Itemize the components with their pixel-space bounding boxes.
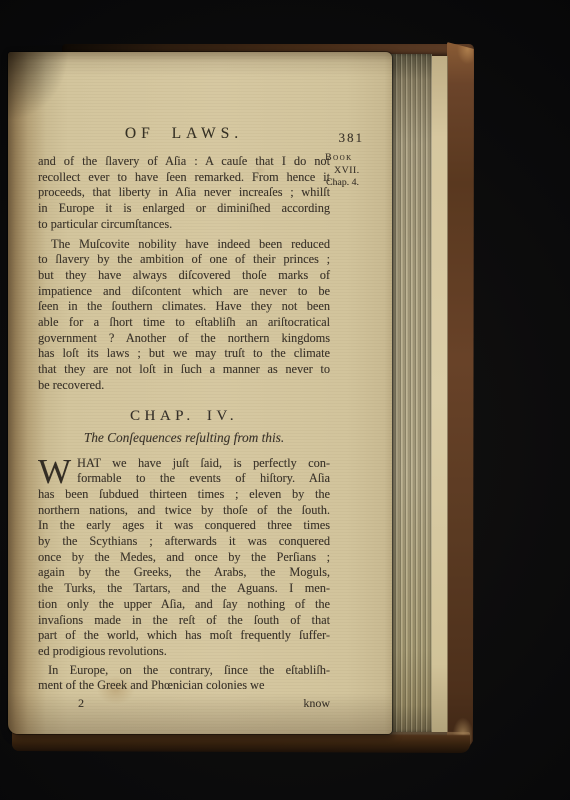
text-line: northern nations, and twice by thoſe of …	[38, 503, 330, 519]
margin-note-chapter: Chap. 4.	[325, 177, 403, 190]
text-line: In Europe, on the contrary, ſince the eſ…	[38, 663, 330, 679]
paragraph-3: W HAT we have juſt ſaid, is perfectly co…	[38, 456, 330, 660]
paragraph-2: The Muſcovite nobility have indeed been …	[38, 237, 330, 394]
text-line: that they are not loſt in ſuch a manner …	[38, 362, 330, 378]
text-line: ſeen in the ſouthern climates. Have they…	[38, 299, 330, 315]
margin-note-book-number: XVII.	[325, 165, 403, 178]
text-line: In the early ages it was conquered three…	[38, 518, 330, 534]
text-line: part of the world, which has moſt freque…	[38, 628, 330, 644]
page-content: OF LAWS. 381 Book XVII. Chap. 4. and of …	[38, 126, 330, 712]
chapter-heading: CHAP. IV.	[38, 406, 330, 426]
text-line: in Europe it is enlarged or diminiſhed a…	[38, 201, 330, 217]
book-flyleaf-edge	[432, 56, 448, 732]
text-line: The Muſcovite nobility have indeed been …	[38, 237, 330, 253]
text-line: and of the ſlavery of Aſia : A cauſe tha…	[38, 154, 330, 170]
running-head: OF LAWS. 381	[38, 126, 330, 150]
margin-note: Book XVII. Chap. 4.	[325, 152, 403, 190]
text-line: but they have always diſcovered thoſe ma…	[38, 268, 330, 284]
text-line: the Turks, the Tartars, and the Aguans. …	[38, 581, 330, 597]
catchword: know	[303, 696, 330, 712]
text-line: invaſions made in the reſt of the ſouth …	[38, 613, 330, 629]
paragraph-1: and of the ſlavery of Aſia : A cauſe tha…	[38, 154, 330, 233]
paragraph-3-lines: HAT we have juſt ſaid, is perfectly con-…	[38, 456, 330, 660]
text-line: has been ſubdued thirteen times ; eleven…	[38, 487, 330, 503]
text-line: be recovered.	[38, 378, 330, 394]
drop-cap: W	[38, 456, 77, 485]
text-line: ment of the Greek and Phœnician colonies…	[38, 678, 330, 694]
text-line: to particular circumſtances.	[38, 217, 330, 233]
text-line: tion only the upper Aſia, and ſay nothin…	[38, 597, 330, 613]
text-line: recollect ever to have ſeen remarked. Fr…	[38, 170, 330, 186]
chapter-subtitle: The Conſequences reſulting from this.	[38, 429, 330, 446]
text-line: to ſlavery by the ambition of one of the…	[38, 252, 330, 268]
margin-note-book: Book	[325, 152, 403, 165]
photo-background: OF LAWS. 381 Book XVII. Chap. 4. and of …	[0, 0, 570, 800]
text-line: by the Scythians ; afterwards it was con…	[38, 534, 330, 550]
running-head-title: OF LAWS.	[125, 125, 243, 142]
page-number: 381	[339, 130, 365, 146]
text-line: impatience and diſcontent which are neve…	[38, 284, 330, 300]
text-line: HAT we have juſt ſaid, is perfectly con-	[38, 456, 330, 472]
text-line: proceeds, that liberty in Aſia never inc…	[38, 185, 330, 201]
text-line: once by the Medes, and once by the Perſi…	[38, 550, 330, 566]
text-line: government ? Another of the northern kin…	[38, 331, 330, 347]
text-line: able for a ſhort time to eſtabliſh an ar…	[38, 315, 330, 331]
page-footer: 2 know	[38, 696, 330, 712]
paragraph-4: In Europe, on the contrary, ſince the eſ…	[38, 663, 330, 694]
text-line: has loſt its laws ; but we may truſt to …	[38, 346, 330, 362]
book-page: OF LAWS. 381 Book XVII. Chap. 4. and of …	[8, 52, 392, 734]
signature-mark: 2	[78, 696, 84, 712]
book-cover-right-board	[447, 42, 474, 748]
text-line: formable to the events of hiſtory. Aſia	[38, 471, 330, 487]
text-line: again by the Greeks, the Arabs, the Mogu…	[38, 565, 330, 581]
text-line: ed prodigious revolutions.	[38, 644, 330, 660]
